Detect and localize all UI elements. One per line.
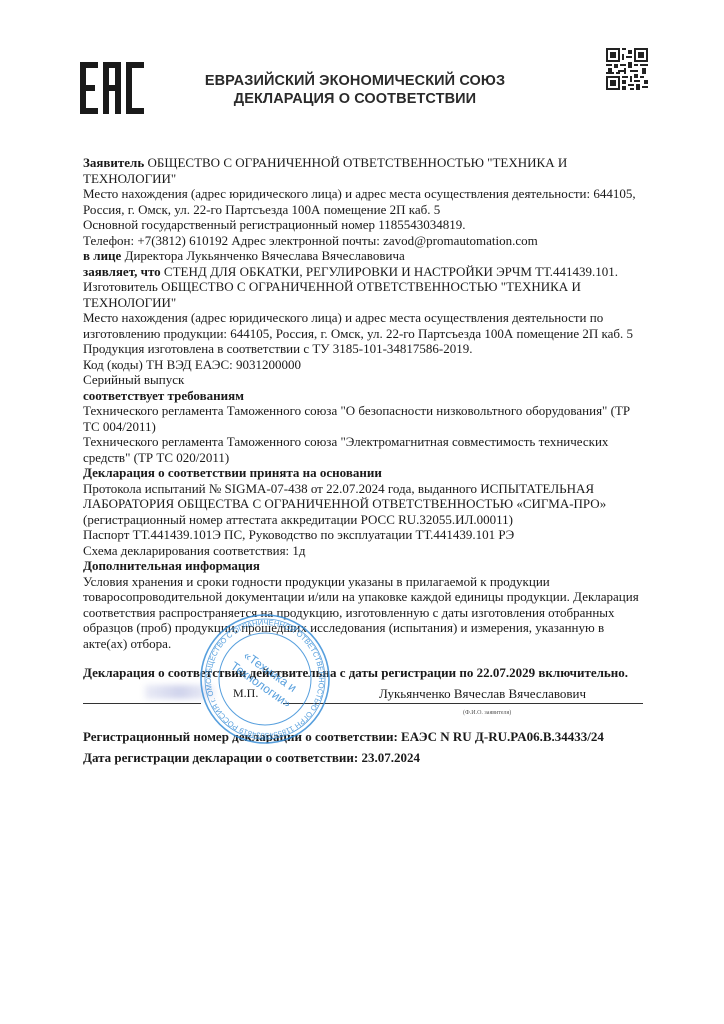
requirement-item: Технического регламента Таможенного союз… [83,434,643,465]
requirements-heading: соответствует требованиям [83,388,643,404]
manufacturer-address: Место нахождения (адрес юридического лиц… [83,310,643,341]
applicant-contacts: Телефон: +7(3812) 610192 Адрес электронн… [83,233,643,249]
validity-statement: Декларация о соответствии действительна … [83,665,643,681]
header-declaration-title: ДЕКЛАРАЦИЯ О СООТВЕТСТВИИ [190,90,520,108]
eac-letter-a [103,62,121,114]
signature-line [83,703,201,704]
eac-letter-c [126,62,144,114]
signer-name: Лукьянченко Вячеслав Вячеславович [379,686,586,702]
declared-product: заявляет, что СТЕНД ДЛЯ ОБКАТКИ, РЕГУЛИР… [83,264,643,280]
basis-heading: Декларация о соответствии принята на осн… [83,465,643,481]
requirement-item: Технического регламента Таможенного союз… [83,403,643,434]
signature-row: М.П. Лукьянченко Вячеслав Вячеславович (… [83,683,643,723]
tn-ved-code: Код (коды) ТН ВЭД ЕАЭС: 9031200000 [83,357,643,373]
fio-caption: (Ф.И.О. заявителя) [463,706,511,722]
registration-date: Дата регистрации декларации о соответств… [83,750,643,766]
basis-protocol: Протокола испытаний № SIGMA-07-438 от 22… [83,481,643,528]
registration-number: Регистрационный номер декларации о соотв… [83,729,643,745]
signer-name-line [283,703,643,704]
basis-docs: Паспорт ТТ.441439.101Э ПС, Руководство п… [83,527,643,543]
eac-letter-e [80,62,98,114]
document-header: ЕВРАЗИЙСКИЙ ЭКОНОМИЧЕСКИЙ СОЮЗ ДЕКЛАРАЦИ… [190,72,520,108]
applicant-block: Заявитель ОБЩЕСТВО С ОГРАНИЧЕННОЙ ОТВЕТС… [83,155,643,186]
signature [145,685,215,699]
eac-logo [80,62,150,114]
basis-scheme: Схема декларирования соответствия: 1д [83,543,643,559]
release-type: Серийный выпуск [83,372,643,388]
applicant-address: Место нахождения (адрес юридического лиц… [83,186,643,217]
applicant-ogrn: Основной государственный регистрационный… [83,217,643,233]
declaration-body: Заявитель ОБЩЕСТВО С ОГРАНИЧЕННОЙ ОТВЕТС… [83,155,643,766]
additional-heading: Дополнительная информация [83,558,643,574]
manufacturer: Изготовитель ОБЩЕСТВО С ОГРАНИЧЕННОЙ ОТВ… [83,279,643,310]
seal-place-label: М.П. [233,686,258,702]
additional-text: Условия хранения и сроки годности продук… [83,574,643,652]
header-union-title: ЕВРАЗИЙСКИЙ ЭКОНОМИЧЕСКИЙ СОЮЗ [190,72,520,90]
product-spec: Продукция изготовлена в соответствии с Т… [83,341,643,357]
applicant-label: Заявитель [83,155,144,170]
applicant-name: ОБЩЕСТВО С ОГРАНИЧЕННОЙ ОТВЕТСТВЕННОСТЬЮ… [83,155,567,186]
qr-code-icon[interactable] [606,47,648,91]
applicant-representative: в лице Директора Лукьянченко Вячеслава В… [83,248,643,264]
